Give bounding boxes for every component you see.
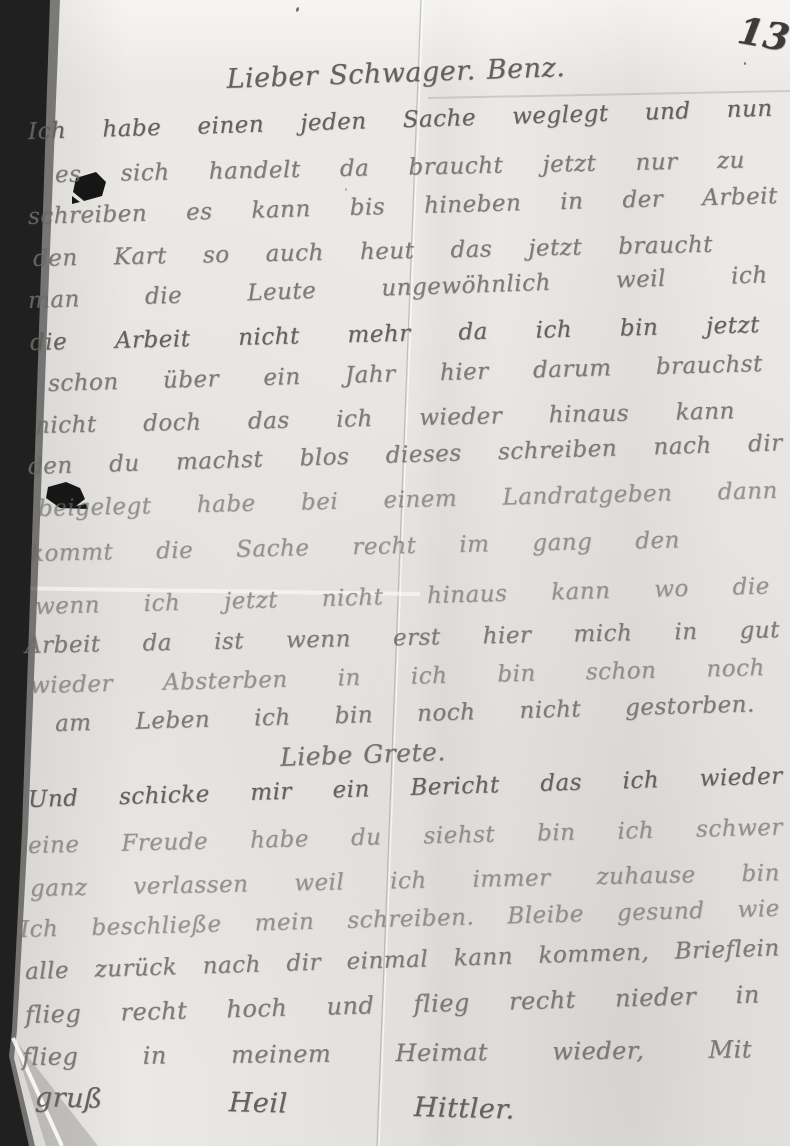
scanned-letter-page: 13 Lieber Schwager. Benz. Ich habe einen… bbox=[0, 0, 790, 1146]
dust-speck bbox=[345, 188, 347, 191]
dust-speck bbox=[744, 62, 746, 65]
page-number: 13 bbox=[735, 8, 790, 60]
